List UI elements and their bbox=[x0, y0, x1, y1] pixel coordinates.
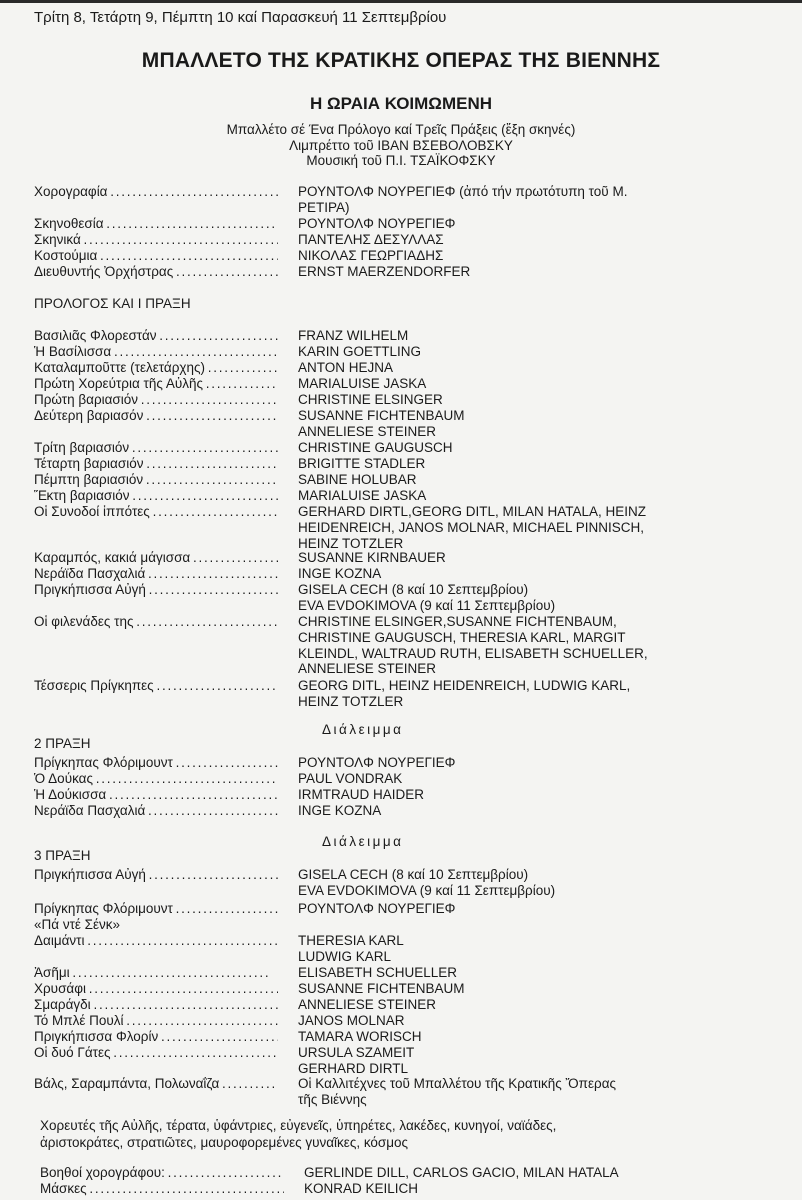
cast-name: KARIN GOETTLING bbox=[298, 344, 718, 360]
cast-name: KONRAD KEILICH bbox=[304, 1181, 724, 1197]
cast-names: ANTON HEJNA bbox=[298, 360, 718, 376]
description-line: Λιμπρέττο τοῦ ΙΒΑΝ ΒΣΕΒΟΛΟΒΣΚΥ bbox=[0, 138, 802, 154]
role-label: Καταλαμποῦττε (τελετάρχης) bbox=[34, 360, 278, 376]
cast-names: PAUL VONDRAK bbox=[298, 771, 718, 787]
role-label: Πρώτη Χορεύτρια τῆς Αὐλῆς bbox=[34, 376, 278, 392]
cast-names: ΡΟΥΝΤΟΛΦ ΝΟΥΡΕΓΙΕΦ (ἀπό τήν πρωτότυπη το… bbox=[298, 184, 718, 216]
cast-names: SUSANNE FICHTENBAUM bbox=[298, 981, 718, 997]
cast-name: URSULA SZAMEIT bbox=[298, 1045, 718, 1061]
cast-names: MARIALUISE JASKA bbox=[298, 376, 718, 392]
cast-name: ANNELIESE STEINER bbox=[298, 997, 718, 1013]
interval-label: Διάλειμμα bbox=[322, 722, 403, 737]
role-label: Σμαράγδι bbox=[34, 997, 278, 1013]
cast-names: MARIALUISE JASKA bbox=[298, 488, 718, 504]
role-text: Κοστούμια bbox=[34, 248, 97, 263]
cast-name: JANOS MOLNAR bbox=[298, 1013, 718, 1029]
role-text: Μάσκες bbox=[40, 1181, 87, 1196]
role-label: Χορογραφία bbox=[34, 184, 278, 200]
role-label: Πέμπτη βαριασιόν bbox=[34, 472, 278, 488]
role-label: Τρίτη βαριασιόν bbox=[34, 440, 278, 456]
role-text: Πριγκήπισσα Φλορίν bbox=[34, 1029, 158, 1044]
company-title: ΜΠΑΛΛΕΤΟ ΤΗΣ ΚΡΑΤΙΚΗΣ ΟΠΕΡΑΣ ΤΗΣ ΒΙΕΝΝΗΣ bbox=[0, 49, 802, 73]
role-text: Βασιλιᾶς Φλορεστάν bbox=[34, 328, 157, 343]
cast-name: HEINZ TOTZLER bbox=[298, 694, 718, 710]
role-label: Ἡ Δούκισσα bbox=[34, 787, 278, 803]
cast-name: IRMTRAUD HAIDER bbox=[298, 787, 718, 803]
role-text: Χορογραφία bbox=[34, 184, 108, 199]
role-label: Τέσσερις Πρίγκηπες bbox=[34, 678, 278, 694]
cast-names: JANOS MOLNAR bbox=[298, 1013, 718, 1029]
role-text: Τό Μπλέ Πουλί bbox=[34, 1013, 124, 1028]
cast-name: SABINE HOLUBAR bbox=[298, 472, 718, 488]
cast-names: INGE KOZNA bbox=[298, 566, 718, 582]
role-label: Βάλς, Σαραμπάντα, Πολωναΐζα bbox=[34, 1076, 278, 1092]
cast-name: CHRISTINE ELSINGER,SUSANNE FICHTENBAUM, bbox=[298, 614, 718, 630]
role-text: Χρυσάφι bbox=[34, 981, 86, 996]
cast-names: GERLINDE DILL, CARLOS GACIO, MILAN HATAL… bbox=[304, 1165, 724, 1181]
description-line: Μπαλλέτο σέ Ένα Πρόλογο καί Τρεῖς Πράξει… bbox=[0, 122, 802, 138]
cast-name: LUDWIG KARL bbox=[298, 949, 718, 965]
cast-names: ELISABETH SCHUELLER bbox=[298, 965, 718, 981]
role-text: Τέσσερις Πρίγκηπες bbox=[34, 678, 154, 693]
role-text: Πριγκήπισσα Αὐγή bbox=[34, 582, 146, 597]
cast-name: GEORG DITL, HEINZ HEIDENREICH, LUDWIG KA… bbox=[298, 678, 718, 694]
role-text: Πριγκήπισσα Αὐγή bbox=[34, 867, 146, 882]
cast-name: ELISABETH SCHUELLER bbox=[298, 965, 718, 981]
cast-name: ΝΙΚΟΛΑΣ ΓΕΩΡΓΙΑΔΗΣ bbox=[298, 248, 718, 264]
role-label: Σκηνικά bbox=[34, 232, 278, 248]
role-label: Ἕκτη βαριασιόν bbox=[34, 488, 278, 504]
description-line: Μουσική τοῦ Π.Ι. ΤΣΑΪΚΟΦΣΚΥ bbox=[0, 153, 802, 169]
cast-name: ANNELIESE STEINER bbox=[298, 424, 718, 440]
role-label: Νεράϊδα Πασχαλιά bbox=[34, 566, 278, 582]
role-text: Νεράϊδα Πασχαλιά bbox=[34, 566, 145, 581]
section-heading-act2: 2 ΠΡΑΞΗ bbox=[34, 736, 91, 751]
role-text: Πρώτη βαριασιόν bbox=[34, 392, 138, 407]
cast-name: SUSANNE FICHTENBAUM bbox=[298, 981, 718, 997]
cast-names: CHRISTINE ELSINGER,SUSANNE FICHTENBAUM,C… bbox=[298, 614, 718, 677]
cast-name: CHRISTINE GAUGUSCH, THERESIA KARL, MARGI… bbox=[298, 630, 718, 646]
cast-name: ΡΟΥΝΤΟΛΦ ΝΟΥΡΕΓΙΕΦ bbox=[298, 901, 718, 917]
role-label: Οἱ φιλενάδες της bbox=[34, 614, 278, 630]
cast-name: INGE KOZNA bbox=[298, 803, 718, 819]
cast-names: GISELA CECH (8 καί 10 Σεπτεμβρίου)EVA EV… bbox=[298, 867, 718, 899]
cast-name: GISELA CECH (8 καί 10 Σεπτεμβρίου) bbox=[298, 582, 718, 598]
cast-name: HEIDENREICH, JANOS MOLNAR, MICHAEL PINNI… bbox=[298, 520, 718, 536]
cast-name: EVA EVDOKIMOVA (9 καί 11 Σεπτεμβρίου) bbox=[298, 883, 718, 899]
role-text: Νεράϊδα Πασχαλιά bbox=[34, 803, 145, 818]
cast-name: τῆς Βιέννης bbox=[298, 1092, 718, 1108]
role-label: Δεύτερη βαριασόν bbox=[34, 408, 278, 424]
interval-label: Διάλειμμα bbox=[322, 834, 403, 849]
role-text: Πρίγκηπας Φλόριμουντ bbox=[34, 755, 173, 770]
cast-names: INGE KOZNA bbox=[298, 803, 718, 819]
cast-names: SUSANNE KIRNBAUER bbox=[298, 550, 718, 566]
cast-names: URSULA SZAMEITGERHARD DIRTL bbox=[298, 1045, 718, 1077]
role-label: Πριγκήπισσα Αὐγή bbox=[34, 867, 278, 883]
cast-name: CHRISTINE GAUGUSCH bbox=[298, 440, 718, 456]
cast-names: KONRAD KEILICH bbox=[304, 1181, 724, 1197]
ballet-title: Η ΩΡΑΙΑ ΚΟΙΜΩΜΕΝΗ bbox=[0, 94, 802, 114]
performance-dates: Τρίτη 8, Τετάρτη 9, Πέμπτη 10 καί Παρασκ… bbox=[34, 9, 446, 26]
cast-names: CHRISTINE ELSINGER bbox=[298, 392, 718, 408]
cast-names: ΡΟΥΝΤΟΛΦ ΝΟΥΡΕΓΙΕΦ bbox=[298, 216, 718, 232]
cast-names: SUSANNE FICHTENBAUMANNELIESE STEINER bbox=[298, 408, 718, 440]
role-text: Ἡ Δούκισσα bbox=[34, 787, 106, 802]
cast-names: BRIGITTE STADLER bbox=[298, 456, 718, 472]
role-text: Δεύτερη βαριασόν bbox=[34, 408, 143, 423]
cast-names: GERHARD DIRTL,GEORG DITL, MILAN HATALA, … bbox=[298, 504, 718, 551]
cast-name: ΡΟΥΝΤΟΛΦ ΝΟΥΡΕΓΙΕΦ (ἀπό τήν πρωτότυπη το… bbox=[298, 184, 718, 200]
role-label: Πριγκήπισσα Φλορίν bbox=[34, 1029, 278, 1045]
role-label: Μάσκες bbox=[40, 1181, 284, 1197]
section-heading-prologue: ΠΡΟΛΟΓΟΣ ΚΑΙ Ι ΠΡΑΞΗ bbox=[34, 296, 191, 311]
role-label: Καραμπός, κακιά μάγισσα bbox=[34, 550, 278, 566]
cast-name: THERESIA KARL bbox=[298, 933, 718, 949]
cast-name: FRANZ WILHELM bbox=[298, 328, 718, 344]
role-label: Βοηθοί χορογράφου: bbox=[40, 1165, 284, 1181]
role-label: Ἀσῆμι bbox=[34, 965, 278, 981]
role-label: Νεράϊδα Πασχαλιά bbox=[34, 803, 278, 819]
cast-name: ΡΕΤΙΡΑ) bbox=[298, 200, 718, 216]
cast-names: GEORG DITL, HEINZ HEIDENREICH, LUDWIG KA… bbox=[298, 678, 718, 710]
cast-name: SUSANNE KIRNBAUER bbox=[298, 550, 718, 566]
cast-name: Οἱ Καλλιτέχνες τοῦ Μπαλλέτου τῆς Κρατικῆ… bbox=[298, 1076, 718, 1092]
role-label: Πρώτη βαριασιόν bbox=[34, 392, 278, 408]
role-text: Ὁ Δούκας bbox=[34, 771, 93, 786]
cast-names: KARIN GOETTLING bbox=[298, 344, 718, 360]
role-text: «Πά ντέ Σένκ» bbox=[34, 917, 120, 932]
role-label: Κοστούμια bbox=[34, 248, 278, 264]
role-label: Σκηνοθεσία bbox=[34, 216, 278, 232]
role-text: Ἀσῆμι bbox=[34, 965, 70, 980]
role-label: Διευθυντής Ὀρχήστρας bbox=[34, 264, 278, 280]
role-label: Δαιμάντι bbox=[34, 933, 278, 949]
ballet-description: Μπαλλέτο σέ Ένα Πρόλογο καί Τρεῖς Πράξει… bbox=[0, 122, 802, 169]
cast-names: FRANZ WILHELM bbox=[298, 328, 718, 344]
role-text: Διευθυντής Ὀρχήστρας bbox=[34, 264, 173, 279]
role-text: Καραμπός, κακιά μάγισσα bbox=[34, 550, 190, 565]
cast-names: IRMTRAUD HAIDER bbox=[298, 787, 718, 803]
role-text: Δαιμάντι bbox=[34, 933, 85, 948]
role-label: Ὁ Δούκας bbox=[34, 771, 278, 787]
role-text: Βάλς, Σαραμπάντα, Πολωναΐζα bbox=[34, 1076, 219, 1091]
cast-name: ΡΟΥΝΤΟΛΦ ΝΟΥΡΕΓΙΕΦ bbox=[298, 755, 718, 771]
role-label: Χρυσάφι bbox=[34, 981, 278, 997]
cast-name: GISELA CECH (8 καί 10 Σεπτεμβρίου) bbox=[298, 867, 718, 883]
chorus-description: Χορευτές τῆς Αὐλῆς, τέρατα, ὑφάντριες, ε… bbox=[40, 1117, 780, 1151]
cast-names: ΡΟΥΝΤΟΛΦ ΝΟΥΡΕΓΙΕΦ bbox=[298, 755, 718, 771]
role-label: Πριγκήπισσα Αὐγή bbox=[34, 582, 278, 598]
role-text: Βοηθοί χορογράφου: bbox=[40, 1165, 165, 1180]
role-label: Οἱ δυό Γάτες bbox=[34, 1045, 278, 1061]
role-label: Βασιλιᾶς Φλορεστάν bbox=[34, 328, 278, 344]
role-text: Οἱ φιλενάδες της bbox=[34, 614, 133, 629]
cast-names: THERESIA KARLLUDWIG KARL bbox=[298, 933, 718, 965]
cast-names: ΡΟΥΝΤΟΛΦ ΝΟΥΡΕΓΙΕΦ bbox=[298, 901, 718, 917]
cast-names: ΠΑΝΤΕΛΗΣ ΔΕΣΥΛΛΑΣ bbox=[298, 232, 718, 248]
role-text: Τρίτη βαριασιόν bbox=[34, 440, 129, 455]
role-text: Σκηνικά bbox=[34, 232, 81, 247]
role-text: Σκηνοθεσία bbox=[34, 216, 104, 231]
cast-names: ERNST MAERZENDORFER bbox=[298, 264, 718, 280]
role-label: Οἱ Συνοδοί ἱππότες bbox=[34, 504, 278, 520]
cast-name: ANTON HEJNA bbox=[298, 360, 718, 376]
cast-name: MARIALUISE JASKA bbox=[298, 376, 718, 392]
cast-name: INGE KOZNA bbox=[298, 566, 718, 582]
cast-names: SABINE HOLUBAR bbox=[298, 472, 718, 488]
role-text: Οἱ δυό Γάτες bbox=[34, 1045, 111, 1060]
cast-names: ANNELIESE STEINER bbox=[298, 997, 718, 1013]
role-text: Πρίγκηπας Φλόριμουντ bbox=[34, 901, 173, 916]
cast-name: ΠΑΝΤΕΛΗΣ ΔΕΣΥΛΛΑΣ bbox=[298, 232, 718, 248]
role-label: Ἡ Βασίλισσα bbox=[34, 344, 278, 360]
cast-name: BRIGITTE STADLER bbox=[298, 456, 718, 472]
role-label: Πρίγκηπας Φλόριμουντ bbox=[34, 901, 278, 917]
role-text: Οἱ Συνοδοί ἱππότες bbox=[34, 504, 150, 519]
cast-name: CHRISTINE ELSINGER bbox=[298, 392, 718, 408]
role-text: Ἕκτη βαριασιόν bbox=[34, 488, 130, 503]
role-text: Πρώτη Χορεύτρια τῆς Αὐλῆς bbox=[34, 376, 203, 391]
cast-name: PAUL VONDRAK bbox=[298, 771, 718, 787]
chorus-line: Χορευτές τῆς Αὐλῆς, τέρατα, ὑφάντριες, ε… bbox=[40, 1117, 780, 1134]
cast-name: TAMARA WORISCH bbox=[298, 1029, 718, 1045]
section-heading-act3: 3 ΠΡΑΞΗ bbox=[34, 848, 91, 863]
cast-name: ERNST MAERZENDORFER bbox=[298, 264, 718, 280]
cast-names: TAMARA WORISCH bbox=[298, 1029, 718, 1045]
cast-names: CHRISTINE GAUGUSCH bbox=[298, 440, 718, 456]
role-text: Τέταρτη βαριασιόν bbox=[34, 456, 143, 471]
role-label: «Πά ντέ Σένκ» bbox=[34, 917, 278, 933]
role-label: Τό Μπλέ Πουλί bbox=[34, 1013, 278, 1029]
cast-name: SUSANNE FICHTENBAUM bbox=[298, 408, 718, 424]
role-text: Πέμπτη βαριασιόν bbox=[34, 472, 143, 487]
cast-name: EVA EVDOKIMOVA (9 καί 11 Σεπτεμβρίου) bbox=[298, 598, 718, 614]
cast-names: GISELA CECH (8 καί 10 Σεπτεμβρίου)EVA EV… bbox=[298, 582, 718, 614]
cast-name: GERLINDE DILL, CARLOS GACIO, MILAN HATAL… bbox=[304, 1165, 724, 1181]
cast-names: Οἱ Καλλιτέχνες τοῦ Μπαλλέτου τῆς Κρατικῆ… bbox=[298, 1076, 718, 1108]
cast-name: GERHARD DIRTL,GEORG DITL, MILAN HATALA, … bbox=[298, 504, 718, 520]
cast-name: ANNELIESE STEINER bbox=[298, 661, 718, 677]
role-text: Σμαράγδι bbox=[34, 997, 91, 1012]
cast-name: MARIALUISE JASKA bbox=[298, 488, 718, 504]
chorus-line: ἀριστοκράτες, στρατιῶτες, μαυροφορεμένες… bbox=[40, 1134, 780, 1151]
cast-name: ΡΟΥΝΤΟΛΦ ΝΟΥΡΕΓΙΕΦ bbox=[298, 216, 718, 232]
cast-name: GERHARD DIRTL bbox=[298, 1061, 718, 1077]
role-label: Τέταρτη βαριασιόν bbox=[34, 456, 278, 472]
role-text: Ἡ Βασίλισσα bbox=[34, 344, 111, 359]
role-label: Πρίγκηπας Φλόριμουντ bbox=[34, 755, 278, 771]
cast-name: KLEINDL, WALTRAUD RUTH, ELISABETH SCHUEL… bbox=[298, 646, 718, 662]
cast-names: ΝΙΚΟΛΑΣ ΓΕΩΡΓΙΑΔΗΣ bbox=[298, 248, 718, 264]
role-text: Καταλαμποῦττε (τελετάρχης) bbox=[34, 360, 205, 375]
